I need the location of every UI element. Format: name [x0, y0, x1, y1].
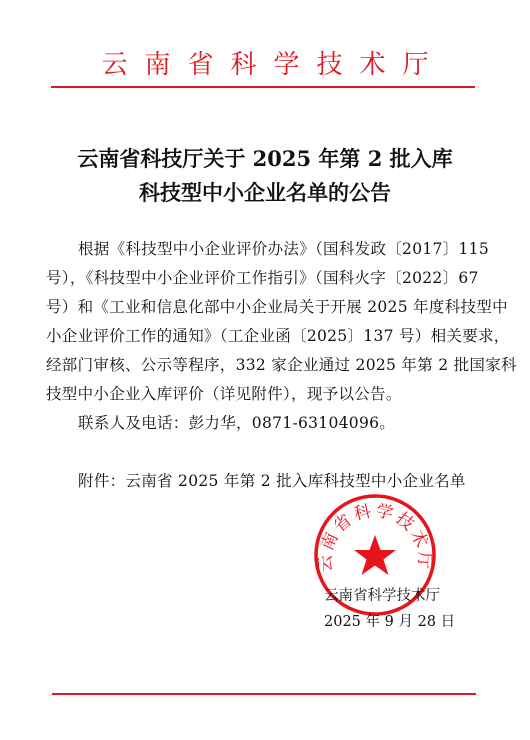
document-title-line-1: 云南省科技厅关于 2025 年第 2 批入库: [0, 143, 530, 173]
body-line: 技型中小企业入库评价（详见附件），现予以公告。: [46, 384, 491, 404]
document-title-line-2: 科技型中小企业名单的公告: [0, 177, 530, 207]
masthead-divider: [51, 86, 475, 88]
signature-date: 2025 年 9 月 28 日: [324, 610, 455, 631]
attachment-note: 附件：云南省 2025 年第 2 批入库科技型中小企业名单: [78, 471, 523, 491]
signature-org: 云南省科学技术厅: [324, 584, 440, 605]
body-line: 号），《科技型中小企业评价工作指引》（国科火字〔2022〕67: [46, 268, 491, 288]
footer-divider: [52, 693, 476, 695]
contact-info: 联系人及电话：彭力华，0871-63104096。: [78, 413, 523, 433]
star-icon: [354, 535, 396, 575]
body-line: 号）和《工业和信息化部中小企业局关于开展 2025 年度科技型中: [46, 297, 491, 317]
masthead-org-name: 云南省科学技术厅: [0, 44, 530, 81]
body-line: 经部门审核、公示等程序，332 家企业通过 2025 年第 2 批国家科: [46, 355, 491, 375]
body-line: 小企业评价工作的通知》（工企业函〔2025〕137 号）相关要求，: [46, 326, 491, 346]
body-line: 根据《科技型中小企业评价办法》（国科发政〔2017〕115: [78, 239, 523, 259]
